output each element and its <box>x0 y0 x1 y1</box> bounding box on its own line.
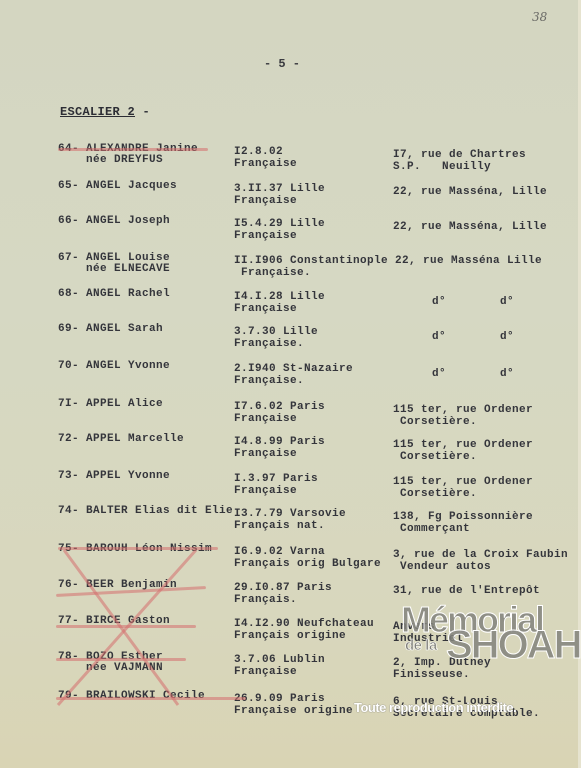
entry-birth: 2.I940 St-Nazaire <box>234 363 353 375</box>
entry-address: 22, rue Masséna, Lille <box>393 186 547 198</box>
entry-nationality: Française <box>234 448 325 460</box>
entry-name-cell: 72- APPEL Marcelle <box>58 433 184 445</box>
entry-number: 7I- <box>58 398 79 410</box>
entry-birth-cell: I4.8.99 ParisFrançaise <box>234 436 325 460</box>
entry-birth-cell: I4.I2.90 NeufchateauFrançais origine <box>234 618 374 642</box>
entry-address-cell: 3, rue de la Croix Faubin Vendeur autos <box>393 549 568 573</box>
watermark-shoah: SHOAH <box>446 625 580 665</box>
entry-number: 74- <box>58 505 79 517</box>
entry-nationality: Française <box>234 485 318 497</box>
entry-birth: I5.4.29 Lille <box>234 218 325 230</box>
entry-number: 69- <box>58 323 79 335</box>
entry-city-cell: d° <box>500 368 514 380</box>
entry-name-cell: 7I- APPEL Alice <box>58 398 163 410</box>
entry-number: 72- <box>58 433 79 445</box>
entry-nationality: Française <box>234 195 325 207</box>
entry-name: APPEL Yvonne <box>86 470 170 482</box>
entry-occupation: Vendeur autos <box>393 561 568 573</box>
entry-name-cell: 69- ANGEL Sarah <box>58 323 163 335</box>
entry-nationality: Française <box>234 666 325 678</box>
entry-number: 66- <box>58 215 79 227</box>
entry-nationality: Française <box>234 303 325 315</box>
entry-birth: I3.7.79 Varsovie <box>234 508 346 520</box>
entry-address-cell: d° <box>432 296 446 308</box>
entry-birth: I.3.97 Paris <box>234 473 318 485</box>
entry-birth: I7.6.02 Paris <box>234 401 325 413</box>
entry-nationality: Française origine <box>234 705 353 717</box>
entry-occupation: Corsetière. <box>393 451 533 463</box>
entry-birth-cell: I6.9.02 VarnaFrançais orig Bulgare <box>234 546 381 570</box>
entry-name-cell: 66- ANGEL Joseph <box>58 215 170 227</box>
entry-address-cell: 138, Fg Poissonnière Commerçant <box>393 511 533 535</box>
entry-city-ditto: d° <box>500 296 514 308</box>
watermark-dela: de la <box>405 637 437 654</box>
section-suffix: - <box>135 105 150 119</box>
entry-name: BALTER Elias dit Elie <box>86 505 233 517</box>
entry-birth: I4.8.99 Paris <box>234 436 325 448</box>
entry-name: APPEL Marcelle <box>86 433 184 445</box>
entry-nationality: Français orig Bulgare <box>234 558 381 570</box>
red-cross-mark <box>48 540 228 710</box>
entry-number: 73- <box>58 470 79 482</box>
entry-birth: I4.I.28 Lille <box>234 291 325 303</box>
entry-birth-cell: I3.7.79 VarsovieFrançais nat. <box>234 508 346 532</box>
entry-birth-cell: II.I906 Constantinople 22, rue Masséna L… <box>234 255 542 279</box>
entry-name-cell: 65- ANGEL Jacques <box>58 180 177 192</box>
entry-birth-cell: 29.I0.87 ParisFrançais. <box>234 582 332 606</box>
entry-birth-cell: I.3.97 ParisFrançaise <box>234 473 318 497</box>
entry-birth: 26.9.09 Paris <box>234 693 353 705</box>
entry-nationality: Française <box>234 413 325 425</box>
entry-birth-cell: I2.8.02Française <box>234 146 297 170</box>
entry-birth-cell: I5.4.29 LilleFrançaise <box>234 218 325 242</box>
entry-nationality: Français nat. <box>234 520 346 532</box>
entry-number: 65- <box>58 180 79 192</box>
entry-address-cell: 115 ter, rue Ordener Corsetière. <box>393 476 533 500</box>
entry-nationality: Français origine <box>234 630 374 642</box>
entry-birth-cell: 3.II.37 LilleFrançaise <box>234 183 325 207</box>
entry-address-cell: d° <box>432 331 446 343</box>
entry-birth-cell: I7.6.02 ParisFrançaise <box>234 401 325 425</box>
entry-nationality: Français. <box>234 594 332 606</box>
entry-nationality: Française <box>234 230 325 242</box>
entry-address-cell: I7, rue de ChartresS.P. Neuilly <box>393 149 526 173</box>
entry-nationality: Française <box>234 158 297 170</box>
entry-address: 3, rue de la Croix Faubin <box>393 549 568 561</box>
entry-birth: 29.I0.87 Paris <box>234 582 332 594</box>
entry-birth: I2.8.02 <box>234 146 297 158</box>
entry-birth-cell: 26.9.09 ParisFrançaise origine <box>234 693 353 717</box>
entry-birth: 3.7.06 Lublin <box>234 654 325 666</box>
entry-name: ANGEL Yvonne <box>86 360 170 372</box>
entry-address: 115 ter, rue Ordener <box>393 476 533 488</box>
entry-address: 31, rue de l'Entrepôt <box>393 585 540 597</box>
entry-name: ANGEL Sarah <box>86 323 163 335</box>
entry-address-ditto: d° <box>432 368 446 380</box>
watermark-rights: Toute reproduction interdite. <box>354 700 516 715</box>
entry-occupation: Corsetière. <box>393 488 533 500</box>
entry-name-cell: 70- ANGEL Yvonne <box>58 360 170 372</box>
entry-address: 115 ter, rue Ordener <box>393 404 533 416</box>
entry-city-cell: d° <box>500 296 514 308</box>
entry-number: 68- <box>58 288 79 300</box>
entry-birth: I4.I2.90 Neufchateau <box>234 618 374 630</box>
entry-birth-cell: 3.7.30 LilleFrançaise. <box>234 326 318 350</box>
entry-city-ditto: d° <box>500 368 514 380</box>
entry-address: I7, rue de Chartres <box>393 149 526 161</box>
entry-occupation: Finisseuse. <box>393 669 491 681</box>
entry-city-cell: d° <box>500 331 514 343</box>
entry-name-line2: née DREYFUS <box>58 154 163 166</box>
entry-occupation: Commerçant <box>393 523 533 535</box>
entry-address-cell: 115 ter, rue Ordener Corsetière. <box>393 404 533 428</box>
entry-address-ditto: d° <box>432 331 446 343</box>
entry-occupation: S.P. Neuilly <box>393 161 526 173</box>
entry-name: ANGEL Jacques <box>86 180 177 192</box>
entry-name-cell: 74- BALTER Elias dit Elie <box>58 505 233 517</box>
entry-occupation: Corsetière. <box>393 416 533 428</box>
entry-address-cell: 31, rue de l'Entrepôt <box>393 585 540 597</box>
entry-address-cell: 22, rue Masséna, Lille <box>393 186 547 198</box>
entry-nationality: Française. <box>234 338 318 350</box>
section-title: ESCALIER 2 <box>60 105 135 119</box>
folio-number: 38 <box>532 10 547 24</box>
entry-address: 138, Fg Poissonnière <box>393 511 533 523</box>
entry-number: 70- <box>58 360 79 372</box>
entry-name-cell: 68- ANGEL Rachel <box>58 288 170 300</box>
entry-city-ditto: d° <box>500 331 514 343</box>
entry-name2-cell: née ELNECAVE <box>58 263 170 275</box>
entry-nationality: Française. <box>234 267 542 279</box>
entry-name2-cell: née DREYFUS <box>58 154 163 166</box>
entry-birth: I6.9.02 Varna <box>234 546 381 558</box>
entry-name: APPEL Alice <box>86 398 163 410</box>
entry-birth-cell: 3.7.06 LublinFrançaise <box>234 654 325 678</box>
entry-name-line2: née ELNECAVE <box>58 263 170 275</box>
entry-name: ANGEL Rachel <box>86 288 170 300</box>
entry-nationality: Française. <box>234 375 353 387</box>
entry-address-ditto: d° <box>432 296 446 308</box>
entry-birth: 3.II.37 Lille <box>234 183 325 195</box>
page-number: - 5 - <box>264 57 300 71</box>
entry-name: ANGEL Joseph <box>86 215 170 227</box>
entry-address-cell: 22, rue Masséna, Lille <box>393 221 547 233</box>
entry-name-cell: 73- APPEL Yvonne <box>58 470 170 482</box>
entry-address: 22, rue Masséna, Lille <box>393 221 547 233</box>
entry-birth: II.I906 Constantinople 22, rue Masséna L… <box>234 255 542 267</box>
entry-address-cell: d° <box>432 368 446 380</box>
red-strike-64 <box>58 148 208 151</box>
entry-address-cell: 115 ter, rue Ordener Corsetière. <box>393 439 533 463</box>
entry-birth-cell: 2.I940 St-NazaireFrançaise. <box>234 363 353 387</box>
section-heading: ESCALIER 2 - <box>60 105 150 119</box>
entry-birth-cell: I4.I.28 LilleFrançaise <box>234 291 325 315</box>
entry-birth: 3.7.30 Lille <box>234 326 318 338</box>
entry-address: 115 ter, rue Ordener <box>393 439 533 451</box>
